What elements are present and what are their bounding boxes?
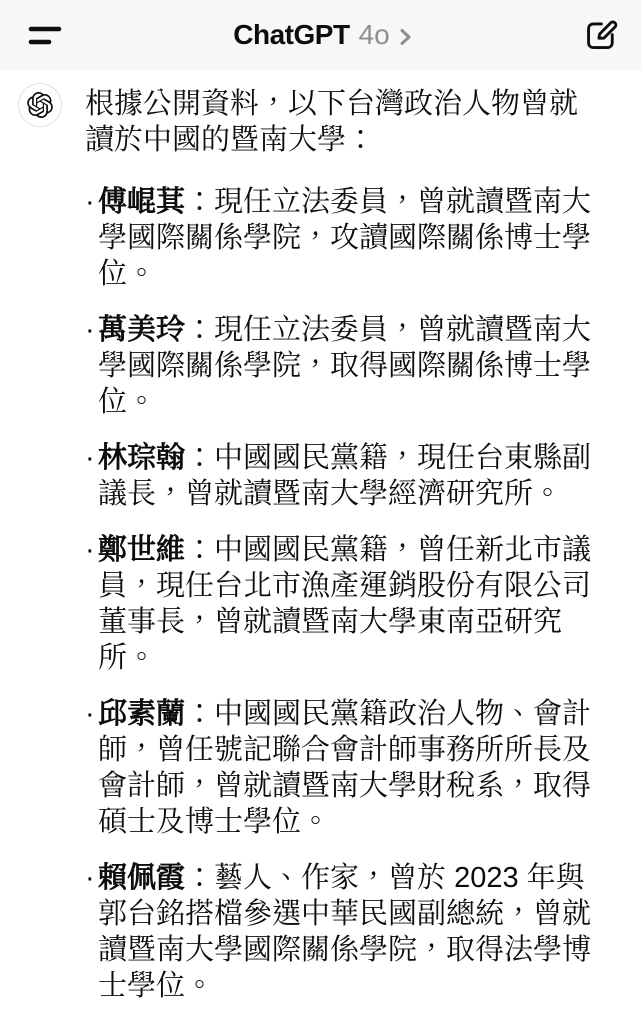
list-item: · 鄭世維：中國國民黨籍，曾任新北市議員，現任台北市漁產運銷股份有限公司董事長，…	[85, 532, 603, 676]
name-separator: ：	[185, 698, 214, 730]
bullet-marker: ·	[85, 184, 98, 292]
chevron-right-icon	[399, 27, 412, 47]
new-chat-button[interactable]	[579, 13, 623, 57]
person-name: 萬美玲	[98, 314, 185, 346]
person-name: 賴佩霞	[98, 862, 185, 894]
name-separator: ：	[185, 534, 214, 566]
list-item: · 萬美玲：現任立法委員，曾就讀暨南大學國際關係學院，取得國際關係博士學位。	[85, 312, 603, 420]
person-name: 邱素蘭	[98, 698, 185, 730]
person-name: 林琮翰	[98, 442, 185, 474]
assistant-avatar	[18, 83, 62, 127]
name-separator: ：	[185, 186, 214, 218]
model-name: 4o	[359, 19, 390, 51]
bullet-list: · 傅崐萁：現任立法委員，曾就讀暨南大學國際關係學院，攻讀國際關係博士學位。 ·…	[85, 184, 603, 1004]
new-chat-icon	[583, 17, 619, 53]
assistant-message: 根據公開資料，以下台灣政治人物曾就讀於中國的暨南大學： · 傅崐萁：現任立法委員…	[18, 86, 613, 1004]
openai-logo-icon	[27, 92, 53, 118]
conversation: 根據公開資料，以下台灣政治人物曾就讀於中國的暨南大學： · 傅崐萁：現任立法委員…	[0, 70, 641, 1024]
message-content: 根據公開資料，以下台灣政治人物曾就讀於中國的暨南大學： · 傅崐萁：現任立法委員…	[85, 86, 603, 1004]
header: ChatGPT 4o	[0, 0, 641, 70]
list-item: · 傅崐萁：現任立法委員，曾就讀暨南大學國際關係學院，攻讀國際關係博士學位。	[85, 184, 603, 292]
list-item: · 林琮翰：中國國民黨籍，現任台東縣副議長，曾就讀暨南大學經濟研究所。	[85, 440, 603, 512]
name-separator: ：	[185, 314, 214, 346]
bullet-marker: ·	[85, 860, 98, 1004]
message-intro: 根據公開資料，以下台灣政治人物曾就讀於中國的暨南大學：	[85, 86, 603, 158]
bullet-marker: ·	[85, 312, 98, 420]
sidebar-menu-icon	[28, 23, 62, 47]
person-name: 鄭世維	[98, 534, 185, 566]
name-separator: ：	[185, 862, 214, 894]
bullet-marker: ·	[85, 532, 98, 676]
list-item: · 邱素蘭：中國國民黨籍政治人物、會計師，曾任號記聯合會計師事務所所長及會計師，…	[85, 696, 603, 840]
menu-button[interactable]	[24, 19, 66, 51]
model-selector[interactable]: ChatGPT 4o	[233, 19, 411, 51]
bullet-marker: ·	[85, 696, 98, 840]
name-separator: ：	[185, 442, 214, 474]
chatgpt-app: ChatGPT 4o	[0, 0, 641, 1024]
bullet-marker: ·	[85, 440, 98, 512]
list-item: · 賴佩霞：藝人、作家，曾於 2023 年與郭台銘搭檔參選中華民國副總統，曾就讀…	[85, 860, 603, 1004]
app-title: ChatGPT	[233, 19, 349, 51]
person-name: 傅崐萁	[98, 186, 185, 218]
